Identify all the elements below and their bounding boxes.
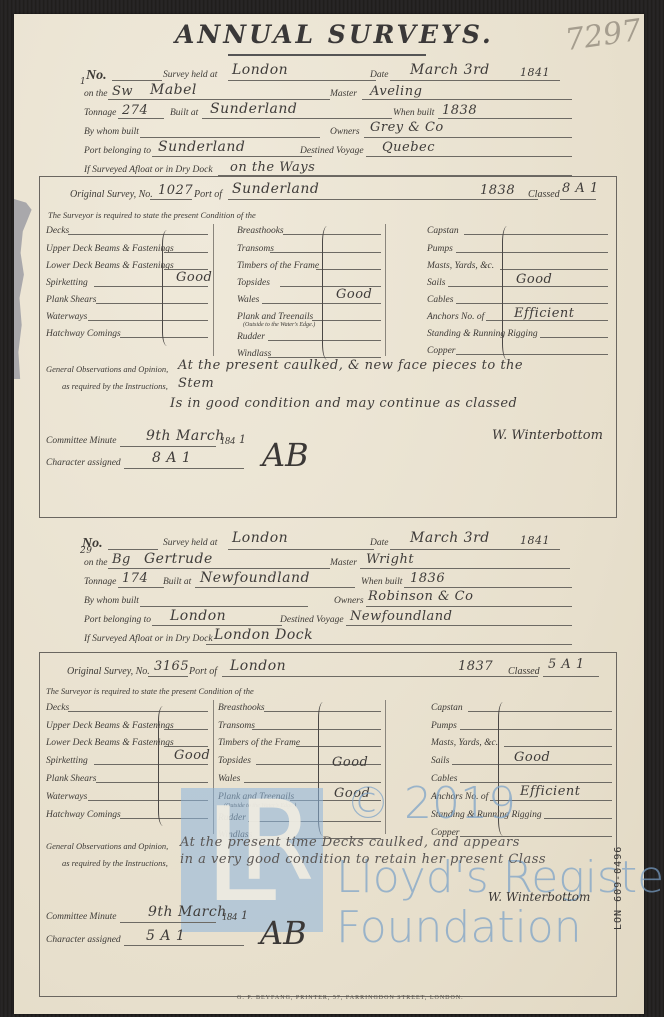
character-assigned-label: Character assigned <box>46 935 121 945</box>
original-year-value: 1838 <box>480 183 515 198</box>
observation-line-2: in a very good condition to retain her p… <box>180 852 546 867</box>
year-prefix: 184 <box>220 436 235 447</box>
reference-code: LON 609-0496 <box>613 846 624 930</box>
date-label: Date <box>370 538 388 548</box>
port-of-value: Sunderland <box>232 181 319 197</box>
upper-deck-label: Upper Deck Beams & Fastenings <box>46 244 174 254</box>
observation-line-3: Is in good condition and may continue as… <box>170 396 517 411</box>
when-built-label: When built <box>361 577 402 587</box>
anchors-value: Efficient <box>514 306 575 321</box>
printer-imprint: G. P. BEYFANG, PRINTER, 57, FARRINGDON S… <box>237 995 464 1001</box>
tonnage-value: 274 <box>122 103 148 118</box>
watermark-copyright: © 2019 <box>346 778 516 829</box>
as-required-label: as required by the Instructions, <box>62 858 168 868</box>
plank-shears-label: Plank Shears <box>46 295 96 305</box>
port-of-value: London <box>230 658 286 674</box>
classed-value: 8 A 1 <box>562 181 599 196</box>
port-belonging-label: Port belonging to <box>84 615 151 625</box>
transoms-label: Transoms <box>218 721 255 731</box>
by-whom-built-label: By whom built <box>84 596 139 606</box>
surveyor-instruction: The Surveyor is required to state the pr… <box>48 210 256 220</box>
vessel-name-value: Mabel <box>150 82 197 98</box>
built-at-value: Sunderland <box>210 101 297 117</box>
survey-held-at-label: Survey held at <box>163 538 217 548</box>
decks-label: Decks <box>46 226 69 236</box>
decks-label: Decks <box>46 703 69 713</box>
breasthooks-label: Breasthooks <box>237 226 284 236</box>
lower-deck-label: Lower Deck Beams & Fastenings <box>46 738 174 748</box>
plank-shears-label: Plank Shears <box>46 774 96 784</box>
general-observations-label: General Observations and Opinion, <box>46 841 168 851</box>
date-value: March 3rd <box>410 62 490 78</box>
tonnage-value: 174 <box>122 571 148 586</box>
year-prefix: 184 <box>222 912 237 923</box>
as-required-label: as required by the Instructions, <box>62 381 168 391</box>
hatchway-label: Hatchway Comings <box>46 810 121 820</box>
masts-yards-label: Masts, Yards, &c. <box>427 261 494 271</box>
plank-treenails-label: Plank and Treenails <box>237 312 313 322</box>
character-assigned-value: 8 A 1 <box>152 450 191 466</box>
port-belonging-label: Port belonging to <box>84 146 151 156</box>
port-of-label: Port of <box>189 666 217 677</box>
vessel-type-value: Sw <box>112 84 133 99</box>
col3-condition-value: Good <box>516 272 552 287</box>
owners-label: Owners <box>330 127 360 137</box>
surveyor-signature: W. Winterbottom <box>492 428 603 443</box>
surveyed-afloat-label: If Surveyed Afloat or in Dry Dock <box>84 634 213 644</box>
owners-label: Owners <box>334 596 364 606</box>
year-value: 1841 <box>520 66 550 79</box>
torn-edge <box>14 199 36 379</box>
destined-voyage-label: Destined Voyage <box>300 146 364 156</box>
destined-voyage-value: Quebec <box>382 140 435 155</box>
transoms-label: Transoms <box>237 244 274 254</box>
timbers-label: Timbers of the Frame <box>237 261 319 271</box>
waterways-label: Waterways <box>46 312 87 322</box>
plank-note: (Outside to the Water's Edge.) <box>243 322 315 328</box>
classed-label: Classed <box>508 666 540 677</box>
year-suffix: 1 <box>241 909 249 922</box>
surveyor-instruction: The Surveyor is required to state the pr… <box>46 686 254 696</box>
upper-deck-label: Upper Deck Beams & Fastenings <box>46 721 174 731</box>
anchors-label: Anchors No. of <box>427 312 484 322</box>
page-title: ANNUAL SURVEYS. <box>175 20 494 49</box>
observation-line-1: At the present time Decks caulked, and a… <box>180 835 520 850</box>
surveyed-afloat-label: If Surveyed Afloat or in Dry Dock <box>84 165 213 175</box>
copper-label: Copper <box>427 346 456 356</box>
committee-minute-value: 9th March <box>148 904 227 920</box>
committee-minute-label: Committee Minute <box>46 912 116 922</box>
classed-label: Classed <box>528 189 560 200</box>
tonnage-label: Tonnage <box>84 108 116 118</box>
committee-initials: AB <box>260 914 307 952</box>
tonnage-label: Tonnage <box>84 577 116 587</box>
rigging-label: Standing & Running Rigging <box>427 329 538 339</box>
sails-label: Sails <box>427 278 445 288</box>
built-at-label: Built at <box>170 108 198 118</box>
owners-value: Robinson & Co <box>368 589 473 604</box>
master-value: Aveling <box>370 84 422 99</box>
surveyed-afloat-value: on the Ways <box>230 160 315 175</box>
original-survey-label: Original Survey, No. <box>70 189 153 200</box>
port-belonging-value: London <box>170 608 226 624</box>
timbers-label: Timbers of the Frame <box>218 738 300 748</box>
general-observations-label: General Observations and Opinion, <box>46 364 168 374</box>
original-survey-label: Original Survey, No. <box>67 666 150 677</box>
when-built-value: 1838 <box>442 103 477 118</box>
port-belonging-value: Sunderland <box>158 139 245 155</box>
original-survey-value: 1027 <box>158 183 193 198</box>
sails-label: Sails <box>431 756 449 766</box>
by-whom-built-label: By whom built <box>84 127 139 137</box>
character-assigned-value: 5 A 1 <box>146 928 185 944</box>
col2-condition-value: Good <box>332 755 368 770</box>
observation-line-1: At the present caulked, & new face piece… <box>178 358 523 373</box>
committee-initials: AB <box>262 436 309 474</box>
vessel-type-value: Bg <box>112 552 131 567</box>
on-the-label: on the <box>84 558 107 568</box>
hatchway-label: Hatchway Comings <box>46 329 121 339</box>
date-value: March 3rd <box>410 530 490 546</box>
waterways-label: Waterways <box>46 792 87 802</box>
on-the-label: on the <box>84 89 107 99</box>
observation-line-2: Stem <box>178 376 214 391</box>
when-built-label: When built <box>393 108 434 118</box>
col2-condition-value: Good <box>336 287 372 302</box>
classed-value: 5 A 1 <box>548 657 585 672</box>
master-label: Master <box>330 558 357 568</box>
pumps-label: Pumps <box>427 244 453 254</box>
col1-condition-value: Good <box>176 270 212 285</box>
committee-minute-label: Committee Minute <box>46 436 116 446</box>
col3-condition-value: Good <box>514 750 550 765</box>
port-of-label: Port of <box>194 189 222 200</box>
destined-voyage-label: Destined Voyage <box>280 615 344 625</box>
survey-held-at-value: London <box>232 62 288 78</box>
title-underline <box>228 54 426 56</box>
masts-yards-label: Masts, Yards, &c. <box>431 738 498 748</box>
spirketting-label: Spirketting <box>46 278 88 288</box>
vessel-name-value: Gertrude <box>144 551 213 567</box>
survey-held-at-label: Survey held at <box>163 70 217 80</box>
survey-number-value: 29 <box>80 546 92 556</box>
wales-label: Wales <box>237 295 259 305</box>
owners-value: Grey & Co <box>370 120 444 135</box>
year-value: 1841 <box>520 534 550 547</box>
col1-condition-value: Good <box>174 748 210 763</box>
built-at-value: Newfoundland <box>200 570 310 586</box>
committee-minute-value: 9th March <box>146 428 225 444</box>
character-assigned-label: Character assigned <box>46 458 121 468</box>
cables-label: Cables <box>427 295 453 305</box>
anchors-value: Efficient <box>520 784 581 799</box>
surveyed-afloat-value: London Dock <box>214 627 313 643</box>
master-label: Master <box>330 89 357 99</box>
destined-voyage-value: Newfoundland <box>350 609 453 624</box>
capstan-label: Capstan <box>431 703 463 713</box>
original-year-value: 1837 <box>458 659 493 674</box>
original-survey-value: 3165 <box>154 659 189 674</box>
when-built-value: 1836 <box>410 571 445 586</box>
master-value: Wright <box>366 552 414 567</box>
no-label: No. <box>86 68 107 84</box>
lower-deck-label: Lower Deck Beams & Fastenings <box>46 261 174 271</box>
topsides-label: Topsides <box>237 278 270 288</box>
surveyor-signature: W. Winterbottom <box>488 890 590 904</box>
rudder-label: Rudder <box>237 332 265 342</box>
pumps-label: Pumps <box>431 721 457 731</box>
watermark-foundation: Foundation <box>336 902 582 953</box>
topsides-label: Topsides <box>218 756 251 766</box>
date-label: Date <box>370 70 388 80</box>
survey-held-at-value: London <box>232 530 288 546</box>
year-suffix: 1 <box>239 433 247 446</box>
capstan-label: Capstan <box>427 226 459 236</box>
spirketting-label: Spirketting <box>46 756 88 766</box>
breasthooks-label: Breasthooks <box>218 703 265 713</box>
survey-number-value: 1 <box>80 77 86 87</box>
built-at-label: Built at <box>163 577 191 587</box>
